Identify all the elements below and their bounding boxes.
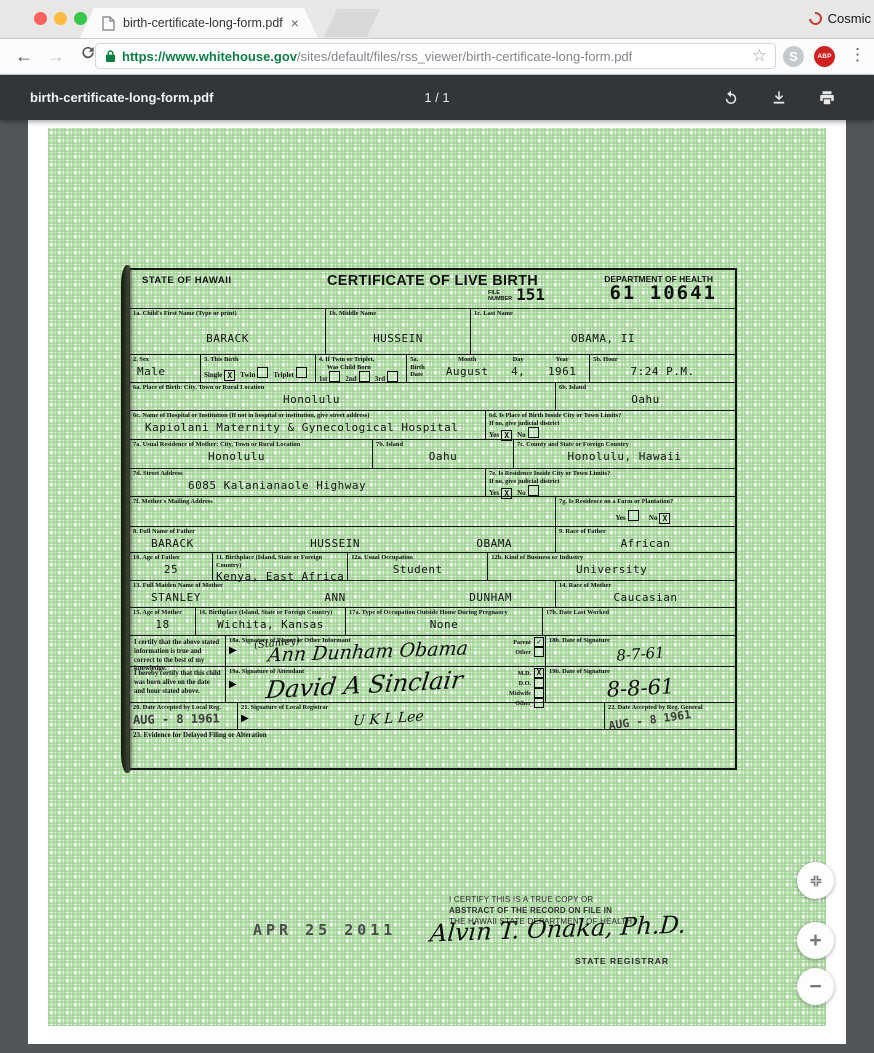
certify-text: I hereby certify that this child was bor…: [133, 668, 222, 698]
field-2: 2. Sex Male: [130, 355, 200, 382]
field-7e: 7e. Is Residence Inside City or Town Lim…: [485, 469, 735, 496]
field-label: 2. Sex: [133, 356, 197, 364]
field-7d: 7d. Street Address 6085 Kalanianaole Hig…: [130, 469, 485, 496]
checkbox: [628, 510, 639, 521]
close-window-button[interactable]: [34, 12, 47, 25]
field-17b: 17b. Date Last Worked: [542, 608, 735, 635]
checkbox: [329, 371, 340, 382]
rotate-icon[interactable]: [722, 89, 740, 107]
field-6b: 6b. Island Oahu: [555, 383, 735, 410]
name-part: DUNHAM: [469, 591, 512, 604]
field-10: 10. Age of Father 25: [130, 553, 212, 580]
field-label: 15. Age of Mother: [133, 609, 192, 617]
checkbox: [534, 647, 544, 657]
option-label: Other: [515, 649, 531, 656]
no-label: No: [649, 514, 658, 522]
field-1a: 1a. Child's First Name (Type or print) B…: [130, 309, 325, 354]
file-number-block: FILE NUMBER 151: [488, 288, 545, 302]
address-bar[interactable]: https://www.whitehouse.gov /sites/defaul…: [95, 43, 776, 69]
back-icon[interactable]: ←: [12, 44, 36, 68]
browser-tab[interactable]: birth-certificate-long-form.pdf ×: [80, 8, 318, 38]
field-8: 8. Full Name of Father BARACK HUSSEIN OB…: [130, 527, 555, 552]
field-label: 5a.: [410, 356, 418, 363]
field-6a: 6a. Place of Birth: City, Town or Rural …: [130, 383, 555, 410]
checkbox: X: [534, 668, 544, 678]
fit-to-page-button[interactable]: [797, 862, 834, 899]
field-18a: 18a. Signature of Parent or Other Inform…: [225, 636, 545, 666]
state-registrar-title: STATE REGISTRAR: [575, 956, 669, 966]
new-tab-button[interactable]: [324, 9, 380, 37]
row-hospital: 6c. Name of Hospital or Institution (If …: [130, 410, 735, 439]
field-7f: 7f. Mother's Mailing Address: [130, 497, 555, 526]
field-label: 1a. Child's First Name (Type or print): [133, 310, 322, 318]
skype-extension-icon[interactable]: S: [783, 46, 804, 67]
row-mother-name: 13. Full Maiden Name of Mother STANLEY A…: [130, 580, 735, 607]
field-label: 7b. Island: [376, 441, 510, 449]
received-date-stamp: APR 25 2011: [253, 921, 396, 939]
field-5a: 5a. Birth Date Month August Day 4, Year: [406, 355, 589, 382]
field-5b: 5b. Hour 7:24 P.M.: [589, 355, 735, 382]
field-value: None: [349, 618, 539, 631]
day-label: Day: [498, 356, 538, 364]
row-birth-details: 2. Sex Male 3. This Birth SingleXTwinTri…: [130, 354, 735, 382]
field-label: 16. Birthplace (Island, State or Foreign…: [199, 609, 342, 617]
option-label: Triplet: [273, 371, 293, 379]
option-label: D.O.: [519, 680, 531, 687]
certificate-header: STATE OF HAWAII CERTIFICATE OF LIVE BIRT…: [130, 270, 735, 308]
field-label: 6c. Name of Hospital or Institution (If …: [133, 412, 482, 420]
field-label: 12b. Kind of Business or Industry: [491, 554, 732, 562]
field-value: Honolulu: [133, 450, 369, 463]
cosmic-app-icon: [806, 9, 824, 27]
field-label: 7f. Mother's Mailing Address: [133, 498, 552, 506]
field-7b: 7b. Island Oahu: [372, 440, 513, 468]
row-attendant-signature: I hereby certify that this child was bor…: [130, 666, 735, 702]
certify-line: I CERTIFY THIS IS A TRUE COPY OR: [449, 895, 719, 906]
field-20: 20. Date Accepted by Local Reg. AUG - 8 …: [130, 703, 237, 729]
field-label: 4. If Twin or Triplet,: [319, 356, 375, 363]
certification-statement-1: I certify that the above stated informat…: [130, 636, 225, 666]
field-7g: 7g. Is Residence on a Farm or Plantation…: [555, 497, 735, 526]
field-value: Wichita, Kansas: [199, 618, 342, 631]
checkbox: [528, 485, 539, 496]
field-label: 1c. Last Name: [474, 310, 732, 318]
row-father-details: 10. Age of Father 25 11. Birthplace (Isl…: [130, 552, 735, 580]
pdf-document-icon: [102, 16, 115, 31]
checkbox: [359, 371, 370, 382]
field-label: 11. Birthplace (Island, State or Foreign…: [216, 554, 344, 569]
field-label: 7c. County and State or Foreign Country: [517, 441, 732, 449]
checkbox: [387, 371, 398, 382]
field-label: 23. Evidence for Delayed Filing or Alter…: [133, 731, 732, 739]
arrow-marker-icon: ▶: [229, 645, 237, 656]
row-delayed-filing: 23. Evidence for Delayed Filing or Alter…: [130, 729, 735, 771]
name-part: BARACK: [151, 537, 194, 550]
field-value: OBAMA, II: [474, 332, 732, 345]
field-value: 6085 Kalanianaole Highway: [133, 479, 482, 492]
field-19a: 19a. Signature of Attendant ▶ David A Si…: [225, 667, 545, 702]
cosmic-label: Cosmic: [828, 11, 871, 26]
field-23: 23. Evidence for Delayed Filing or Alter…: [130, 730, 735, 771]
field-22: 22. Date Accepted by Reg. General AUG - …: [604, 703, 735, 729]
fit-page-icon: [808, 873, 824, 889]
browser-menu-icon[interactable]: ⋮: [849, 45, 866, 65]
checkbox: [296, 367, 307, 378]
field-label: 5b. Hour: [593, 356, 732, 364]
row-mother-details: 15. Age of Mother 18 16. Birthplace (Isl…: [130, 607, 735, 635]
field-15: 15. Age of Mother 18: [130, 608, 195, 635]
field-label: 14. Race of Mother: [559, 582, 732, 590]
field-16: 16. Birthplace (Island, State or Foreign…: [195, 608, 345, 635]
row-parent-signature: I certify that the above stated informat…: [130, 635, 735, 666]
field-label: 9. Race of Father: [559, 528, 732, 536]
field-4: 4. If Twin or Triplet, Was Child Born 1s…: [315, 355, 406, 382]
field-label: 3. This Birth: [204, 356, 312, 364]
field-label: Date: [410, 371, 423, 378]
arrow-marker-icon: ▶: [241, 713, 249, 724]
name-part: ANN: [324, 591, 345, 604]
field-18b: 18b. Date of Signature 8-7-61: [545, 636, 735, 666]
field-17a: 17a. Type of Occupation Outside Home Dur…: [345, 608, 542, 635]
field-11: 11. Birthplace (Island, State or Foreign…: [212, 553, 347, 580]
checkbox: X: [224, 370, 235, 381]
field-value: Oahu: [559, 393, 732, 406]
forward-icon[interactable]: →: [44, 44, 68, 68]
tab-title: birth-certificate-long-form.pdf: [123, 16, 283, 30]
field-label: 17b. Date Last Worked: [546, 609, 732, 617]
row-residence: 7a. Usual Residence of Mother: City, Tow…: [130, 439, 735, 468]
print-icon[interactable]: [818, 89, 836, 107]
checkbox: [257, 367, 268, 378]
certification-statement-2: I hereby certify that this child was bor…: [130, 667, 225, 702]
file-label-2: NUMBER: [488, 296, 512, 302]
option-label: Twin: [240, 371, 255, 379]
field-label: 7e. Is Residence Inside City or Town Lim…: [489, 470, 732, 478]
name-part: HUSSEIN: [310, 537, 360, 550]
day-value: 4,: [498, 365, 538, 378]
field-label: 8. Full Name of Father: [133, 528, 552, 536]
checkbox: X: [659, 513, 670, 524]
bookmark-star-icon[interactable]: ☆: [752, 46, 767, 66]
checkbox: [534, 688, 544, 698]
field-value: Honolulu, Hawaii: [517, 450, 732, 463]
arrow-marker-icon: ▶: [229, 679, 237, 690]
field-value: 7:24 P.M.: [593, 365, 732, 378]
navigation-bar: ← → https://www.whitehouse.gov /sites/de…: [0, 39, 874, 75]
field-6c: 6c. Name of Hospital or Institution (If …: [130, 411, 485, 439]
checkbox: ✓: [534, 637, 544, 647]
field-12a: 12a. Usual Occupation Student: [347, 553, 487, 580]
field-label: 7g. Is Residence on a Farm or Plantation…: [559, 498, 732, 506]
signature-date: 8-8-61: [548, 671, 732, 705]
pdf-toolbar: birth-certificate-long-form.pdf 1 / 1: [0, 75, 874, 120]
zoom-in-button[interactable]: +: [797, 922, 834, 959]
field-9: 9. Race of Father African: [555, 527, 735, 552]
option-label: Midwife: [509, 690, 531, 697]
checkbox: [528, 427, 539, 438]
browser-window: birth-certificate-long-form.pdf × Cosmic…: [0, 0, 874, 1053]
field-label: 13. Full Maiden Name of Mother: [133, 582, 552, 590]
row-father-name: 8. Full Name of Father BARACK HUSSEIN OB…: [130, 526, 735, 552]
field-19b: 19b. Date of Signature 8-8-61: [545, 667, 735, 702]
certificate-number: 61 10641: [609, 282, 717, 304]
field-value: Kapiolani Maternity & Gynecological Hosp…: [133, 421, 482, 434]
file-number: 151: [516, 288, 545, 302]
checkbox: [534, 678, 544, 688]
field-value: BARACK: [133, 332, 322, 345]
field-3: 3. This Birth SingleXTwinTriplet: [200, 355, 315, 382]
field-6d: 6d. Is Place of Birth Inside City or Tow…: [485, 411, 735, 439]
minimize-window-button[interactable]: [54, 12, 67, 25]
field-value: 25: [133, 563, 209, 576]
row-child-name: 1a. Child's First Name (Type or print) B…: [130, 308, 735, 354]
field-value: African: [559, 537, 732, 550]
field-label: 6b. Island: [559, 384, 732, 392]
adblock-extension-icon[interactable]: ABP: [814, 46, 835, 67]
field-value: HUSSEIN: [329, 332, 467, 345]
field-value: Student: [351, 563, 484, 576]
row-mailing-address: 7f. Mother's Mailing Address 7g. Is Resi…: [130, 496, 735, 526]
field-13: 13. Full Maiden Name of Mother STANLEY A…: [130, 581, 555, 607]
field-label: 7a. Usual Residence of Mother: City, Tow…: [133, 441, 369, 449]
field-1c: 1c. Last Name OBAMA, II: [470, 309, 735, 354]
field-label: 17a. Type of Occupation Outside Home Dur…: [349, 609, 539, 617]
month-value: August: [436, 365, 498, 378]
field-value: 18: [133, 618, 192, 631]
download-icon[interactable]: [770, 89, 788, 107]
field-label: 6d. Is Place of Birth Inside City or Tow…: [489, 412, 732, 420]
month-label: Month: [436, 356, 498, 364]
menubar-extra[interactable]: Cosmic: [809, 11, 871, 26]
field-12b: 12b. Kind of Business or Industry Univer…: [487, 553, 735, 580]
name-part: OBAMA: [476, 537, 512, 550]
field-value: University: [491, 563, 732, 576]
option-label: Parent: [513, 639, 531, 646]
field-label: 10. Age of Father: [133, 554, 209, 562]
date-stamp: AUG - 8 1961: [133, 711, 234, 727]
field-label: Was Child Born: [319, 364, 371, 371]
lock-icon: [105, 49, 116, 63]
field-7a: 7a. Usual Residence of Mother: City, Tow…: [130, 440, 372, 468]
field-value: Oahu: [376, 450, 510, 463]
year-value: 1961: [538, 365, 586, 378]
field-sublabel: If no, give judicial district: [489, 420, 732, 428]
option-label: Single: [204, 371, 222, 379]
tab-strip: birth-certificate-long-form.pdf × Cosmic: [0, 0, 874, 39]
field-label: 7d. Street Address: [133, 470, 482, 478]
row-place-of-birth: 6a. Place of Birth: City, Town or Rural …: [130, 382, 735, 410]
option-label: M.D.: [518, 670, 531, 677]
field-7c: 7c. County and State or Foreign Country …: [513, 440, 735, 468]
field-value: Honolulu: [133, 393, 552, 406]
field-value: Male: [133, 365, 197, 378]
field-label: 1b. Middle Name: [329, 310, 467, 318]
tab-close-icon[interactable]: ×: [291, 16, 299, 30]
name-part: STANLEY: [151, 591, 201, 604]
field-1b: 1b. Middle Name HUSSEIN: [325, 309, 470, 354]
field-sublabel: If no, give judicial district: [489, 478, 732, 486]
yes-label: Yes: [616, 514, 626, 522]
zoom-out-button[interactable]: −: [797, 968, 834, 1005]
url-path: /sites/default/files/rss_viewer/birth-ce…: [297, 49, 632, 64]
year-label: Year: [538, 356, 586, 364]
field-21: 21. Signature of Local Registrar ▶ U K L…: [237, 703, 604, 729]
field-14: 14. Race of Mother Caucasian: [555, 581, 735, 607]
field-label: 12a. Usual Occupation: [351, 554, 484, 562]
field-label: 6a. Place of Birth: City, Town or Rural …: [133, 384, 552, 392]
maximize-window-button[interactable]: [74, 12, 87, 25]
row-registrar: 20. Date Accepted by Local Reg. AUG - 8 …: [130, 702, 735, 729]
birth-certificate-form: STATE OF HAWAII CERTIFICATE OF LIVE BIRT…: [128, 268, 737, 770]
field-label: Birth: [410, 364, 425, 371]
pdf-page: STATE OF HAWAII CERTIFICATE OF LIVE BIRT…: [28, 120, 846, 1044]
row-street-address: 7d. Street Address 6085 Kalanianaole Hig…: [130, 468, 735, 496]
field-value: Caucasian: [559, 591, 732, 604]
url-host: https://www.whitehouse.gov: [122, 49, 297, 64]
